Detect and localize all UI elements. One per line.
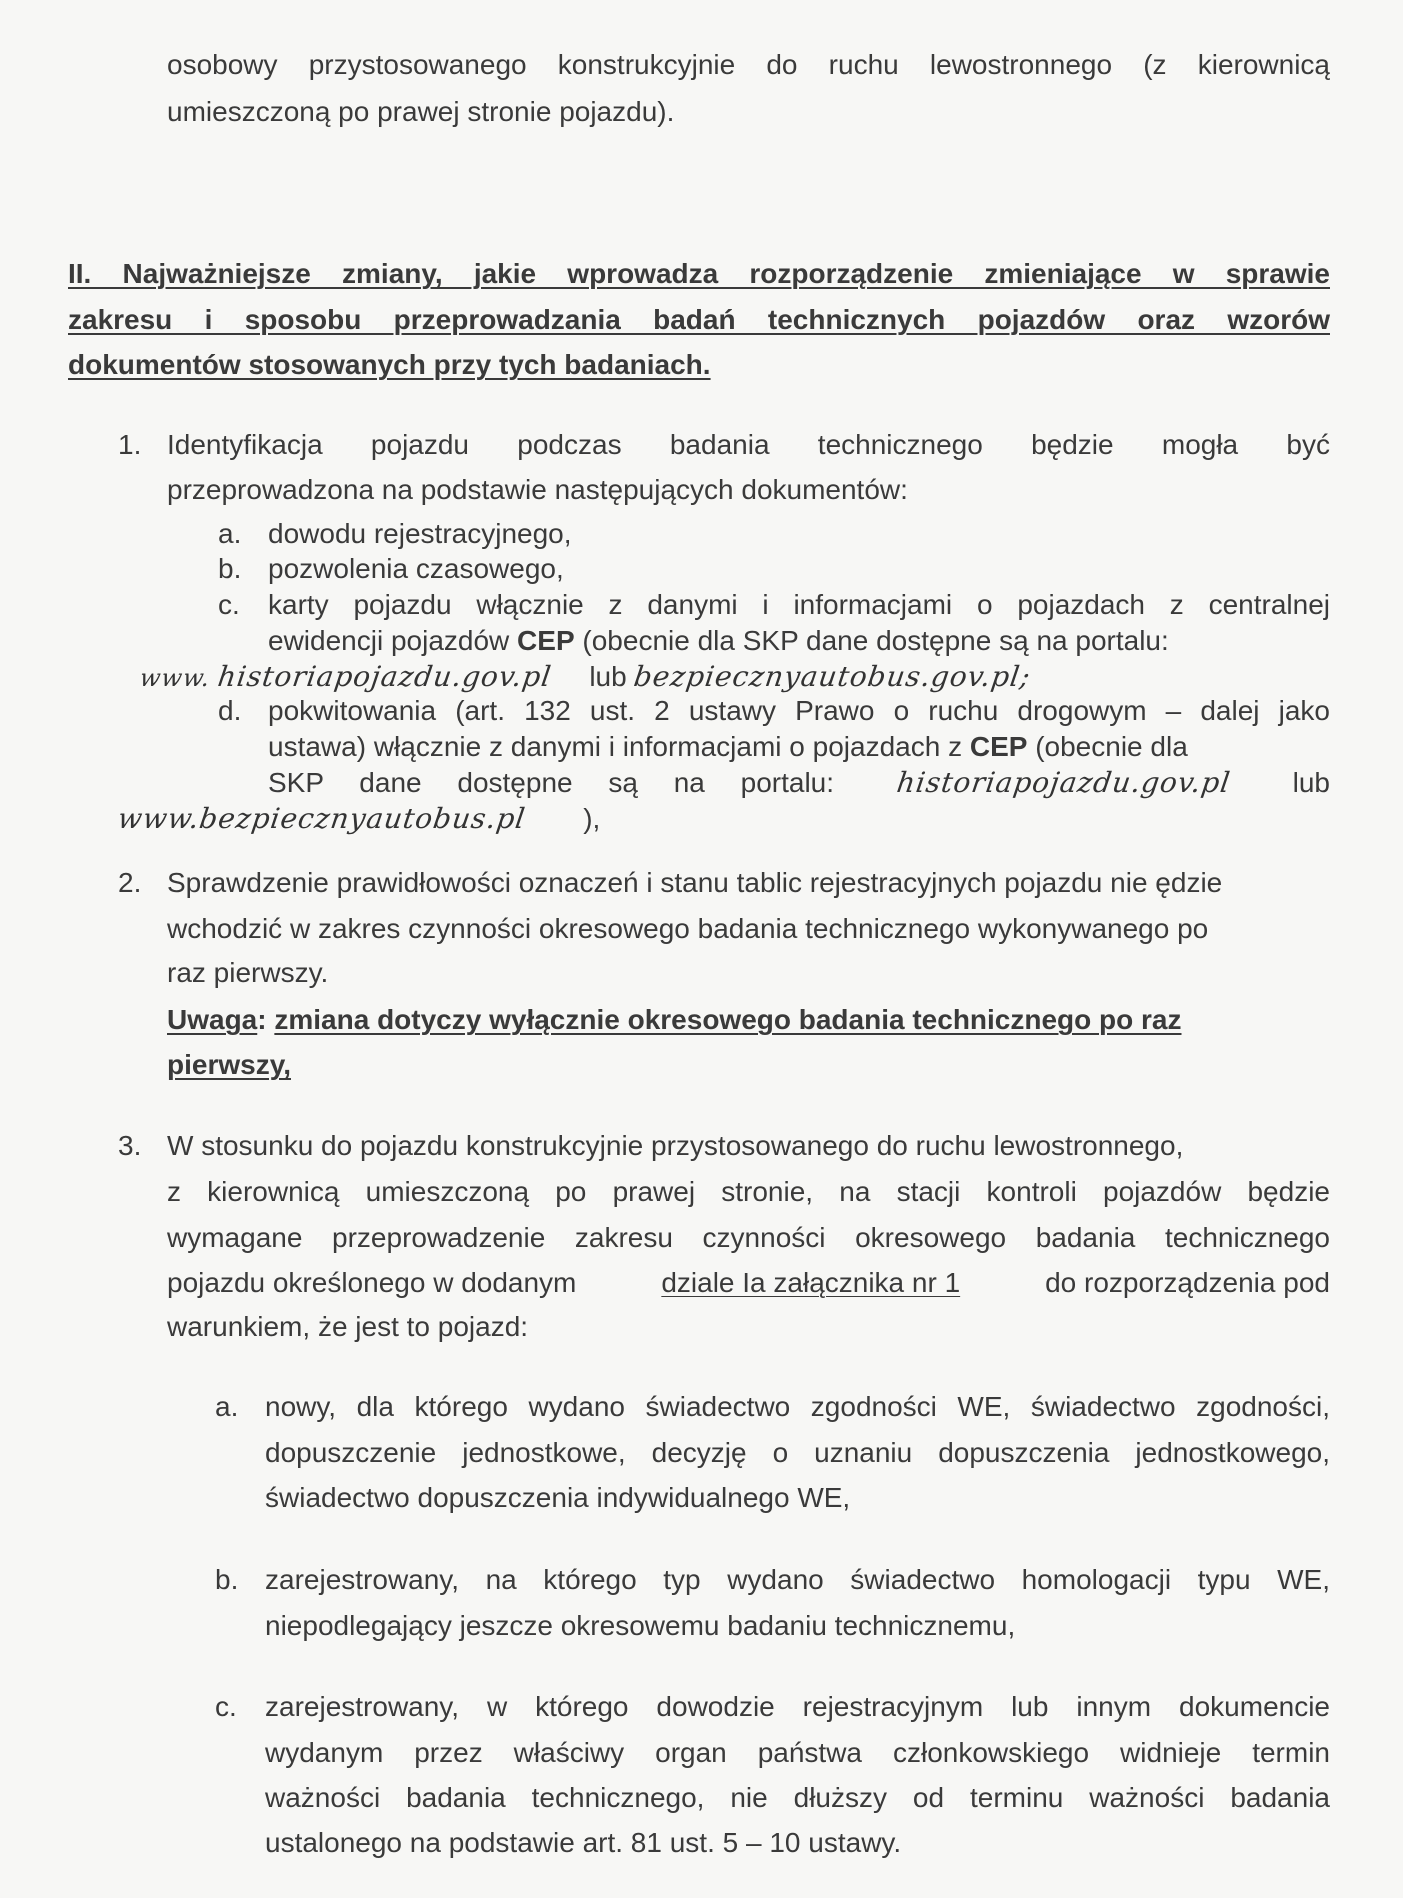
item-1d-line-3-pre: SKP dane dostępne są na portalu: [268, 766, 834, 800]
lub-text: lub [589, 661, 626, 692]
intro-line-1: osobowy przystosowanego konstrukcyjnie d… [167, 48, 1330, 82]
item-3a-marker: a. [215, 1390, 238, 1424]
annex-reference-link: dziale Ia załącznika nr 1 [661, 1266, 960, 1300]
item-2-note-line-1: Uwaga: zmiana dotyczy wyłącznie okresowe… [167, 1003, 1182, 1037]
note-label: Uwaga [167, 1004, 257, 1035]
handwritten-www: www. [138, 661, 213, 695]
item-3c-marker: c. [215, 1690, 237, 1724]
item-3b-line-1: zarejestrowany, na którego typ wydano św… [265, 1563, 1330, 1597]
item-3c-line-2: wydanym przez właściwy organ państwa czł… [265, 1736, 1330, 1770]
handwritten-url-historiapojazdu: historiapojazdu.gov.pl [216, 660, 554, 694]
item-3-line-3: wymagane przeprowadzenie zakresu czynnoś… [167, 1221, 1330, 1255]
item-3-number: 3. [118, 1129, 141, 1163]
item-3-line-1: W stosunku do pojazdu konstrukcyjnie prz… [167, 1129, 1183, 1163]
item-1c-handwritten-line: www. historiapojazdu.gov.pl lub bezpiecz… [140, 660, 1031, 695]
item-3c-line-3: ważności badania technicznego, nie dłużs… [265, 1781, 1330, 1815]
item-1d-line-3: SKP dane dostępne są na portalu: histori… [268, 766, 1330, 800]
item-2-note-line-2: pierwszy, [167, 1048, 291, 1082]
cep-label: CEP [970, 731, 1028, 762]
item-1c-line-2: ewidencji pojazdów CEP (obecnie dla SKP … [268, 624, 1169, 658]
item-3-line-4: pojazdu określonego w dodanym dziale Ia … [167, 1266, 1330, 1300]
item-2-line-2: wchodzić w zakres czynności okresowego b… [167, 912, 1208, 946]
item-3c-line-1: zarejestrowany, w którego dowodzie rejes… [265, 1690, 1330, 1724]
section-heading-line-2: zakresu i sposobu przeprowadzania badań … [68, 303, 1330, 337]
item-1-line-1: Identyfikacja pojazdu podczas badania te… [167, 428, 1330, 462]
document-page: osobowy przystosowanego konstrukcyjnie d… [0, 0, 1403, 1898]
item-1b-marker: b. [218, 552, 241, 586]
item-1d-line-2-pre: ustawa) włącznie z danymi i informacjami… [268, 730, 970, 764]
item-1d-line-4-post: ), [583, 803, 600, 834]
cep-label: CEP [517, 625, 575, 656]
item-1d-line-4: www.bezpiecznyautobus.pl ), [118, 802, 600, 836]
item-2-line-1: Sprawdzenie prawidłowości oznaczeń i sta… [167, 866, 1222, 900]
item-1-number: 1. [118, 428, 141, 462]
item-3b-line-2: niepodlegający jeszcze okresowemu badani… [265, 1609, 1015, 1643]
note-text-1: zmiana dotyczy wyłącznie okresowego bada… [274, 1004, 1181, 1035]
item-3a-line-2: dopuszczenie jednostkowe, decyzję o uzna… [265, 1436, 1330, 1470]
section-heading-line-3: dokumentów stosowanych przy tych badania… [68, 348, 711, 382]
note-colon: : [257, 1004, 266, 1035]
item-3a-line-1: nowy, dla którego wydano świadectwo zgod… [265, 1390, 1330, 1424]
item-1a-text: dowodu rejestracyjnego, [268, 517, 572, 551]
item-1c-line-2-pre: ewidencji pojazdów [268, 625, 517, 656]
intro-line-2: umieszczoną po prawej stronie pojazdu). [167, 95, 674, 129]
item-1d-line-2-post: (obecnie dla [1027, 731, 1187, 762]
item-1c-line-1: karty pojazdu włącznie z danymi i inform… [268, 588, 1330, 622]
item-1b-text: pozwolenia czasowego, [268, 552, 564, 586]
handwritten-url-bezpiecznyautobus: bezpiecznyautobus.gov.pl; [632, 660, 1033, 694]
item-1a-marker: a. [218, 517, 241, 551]
section-heading-line-1: II. Najważniejsze zmiany, jakie wprowadz… [68, 257, 1330, 291]
item-1c-line-2-post: (obecnie dla SKP dane dostępne są na por… [575, 625, 1169, 656]
item-3a-line-3: świadectwo dopuszczenia indywidualnego W… [265, 1481, 850, 1515]
item-1d-line-1: pokwitowania (art. 132 ust. 2 ustawy Pra… [268, 694, 1330, 728]
item-2-number: 2. [118, 866, 141, 900]
item-3-line-4-pre: pojazdu określonego w dodanym [167, 1266, 584, 1300]
item-3c-line-4: ustalonego na podstawie art. 81 ust. 5 –… [265, 1826, 901, 1860]
item-1d-marker: d. [218, 694, 241, 728]
item-2-line-3: raz pierwszy. [167, 956, 328, 990]
item-1-line-2: przeprowadzona na podstawie następującyc… [167, 473, 908, 507]
lub-text: lub [1293, 766, 1330, 800]
item-3-line-2: z kierownicą umieszczoną po prawej stron… [167, 1175, 1330, 1209]
item-1c-marker: c. [218, 588, 240, 622]
handwritten-url-bezpiecznyautobus: www.bezpiecznyautobus.pl [116, 802, 528, 836]
item-3-line-4-post: do rozporządzenia pod [1037, 1266, 1330, 1300]
handwritten-url-historiapojazdu: historiapojazdu.gov.pl [894, 766, 1232, 800]
item-1d-line-2: ustawa) włącznie z danymi i informacjami… [268, 730, 1330, 764]
item-3-line-5: warunkiem, że jest to pojazd: [167, 1310, 528, 1344]
item-3b-marker: b. [215, 1563, 238, 1597]
